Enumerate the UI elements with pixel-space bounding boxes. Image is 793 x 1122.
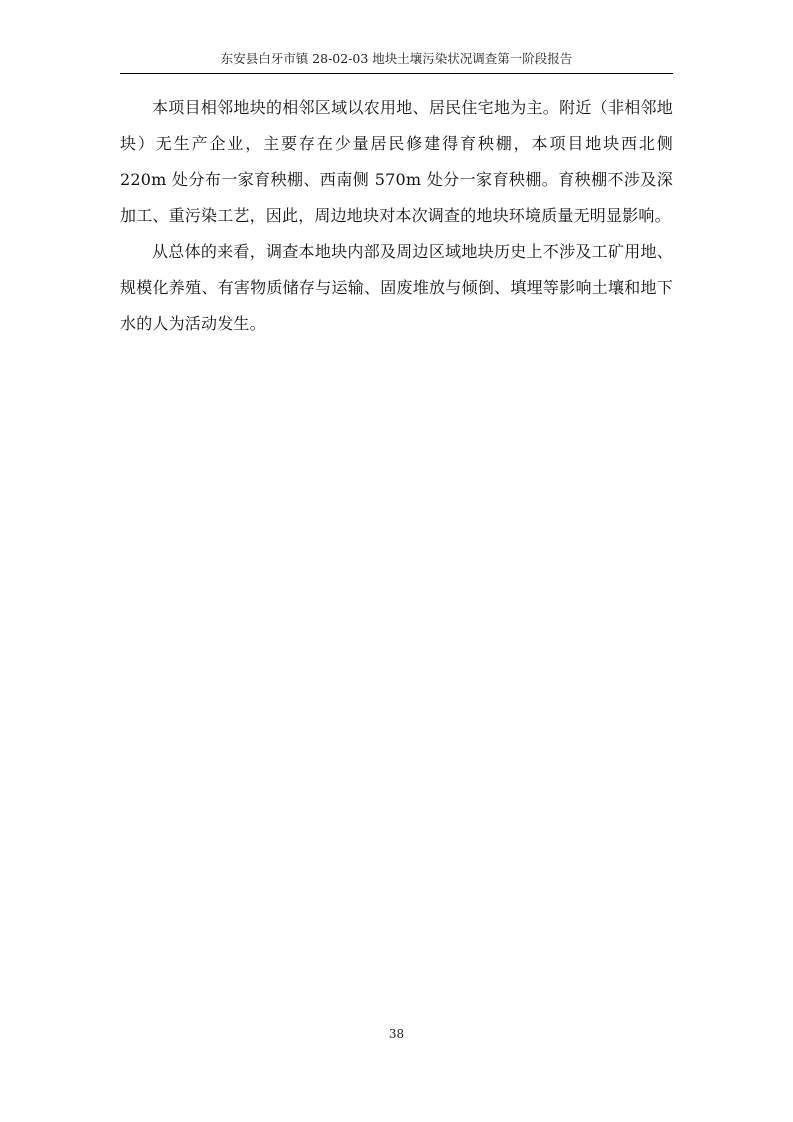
- running-header: 东安县白牙市镇 28-02-03 地块土壤污染状况调查第一阶段报告: [120, 50, 673, 68]
- page-number: 38: [0, 1026, 793, 1042]
- paragraph-conclusion: 从总体的来看，调查本地块内部及周边区域地块历史上不涉及工矿用地、规模化养殖、有害…: [120, 234, 673, 342]
- paragraph-surrounding-land: 本项目相邻地块的相邻区域以农用地、居民住宅地为主。附近（非相邻地块）无生产企业，…: [120, 90, 673, 234]
- header-divider: [120, 73, 673, 74]
- document-body: 本项目相邻地块的相邻区域以农用地、居民住宅地为主。附近（非相邻地块）无生产企业，…: [120, 90, 673, 342]
